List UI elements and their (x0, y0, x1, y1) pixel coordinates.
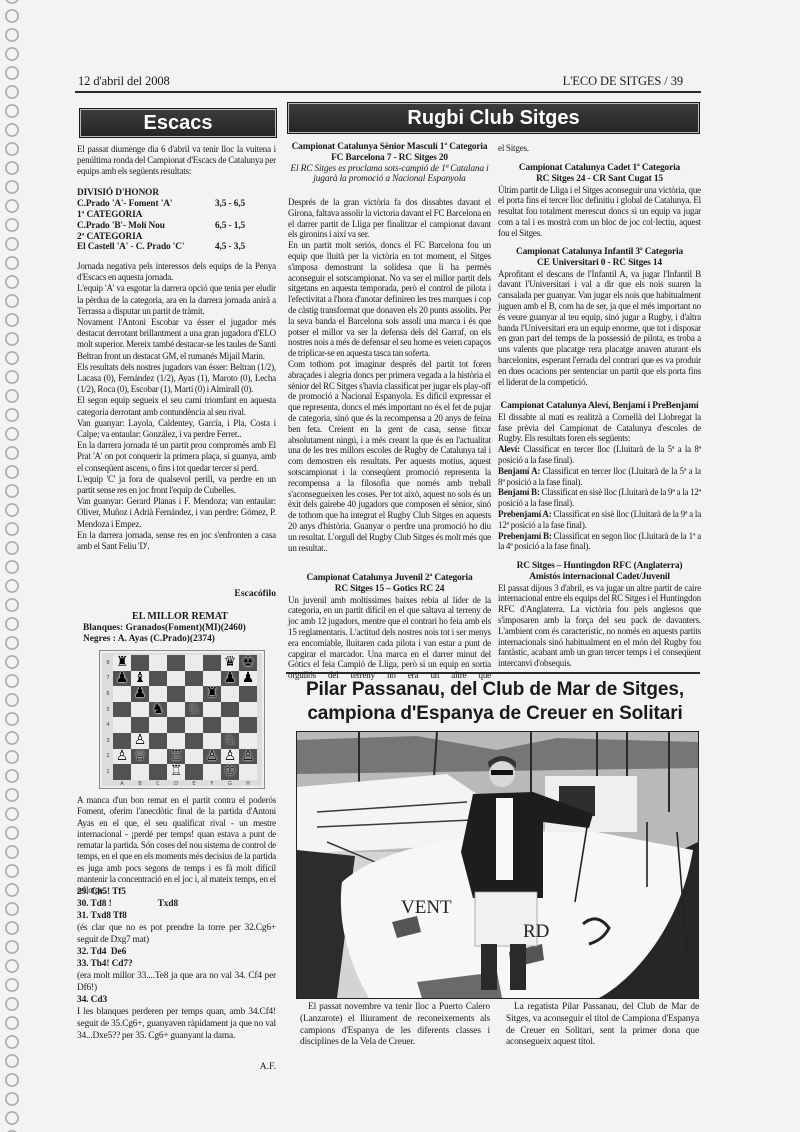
board-square (131, 717, 149, 733)
category-label: 2ª CATEGORIA (77, 232, 142, 242)
paragraph: Com tothom pot imaginar després del part… (288, 359, 491, 553)
team-label: Prebenjamí B: (498, 531, 552, 541)
board-square (221, 686, 239, 702)
rank-label: 6 (103, 686, 113, 702)
team-result: Classificat en tercer lloc (Lluitarà de … (498, 444, 701, 465)
board-square: ♟ (221, 671, 239, 687)
board-square: ♛ (221, 655, 239, 671)
match-score: FC Barcelona 7 - RC Sitges 20 (288, 153, 491, 164)
result-row: 2ª CATEGORIA (77, 232, 276, 243)
board-square (167, 686, 185, 702)
board-square: ♙ (131, 733, 149, 749)
white-player: Blanques: Granados(Foment)(MI)(2460) (83, 623, 246, 633)
board-square (149, 749, 167, 765)
result-item: Prebenjamí B: Classificat en segon lloc … (498, 531, 701, 553)
paragraph: Novament l'Antoni Escobar va ésser el ju… (77, 317, 276, 362)
board-square: ♝ (131, 671, 149, 687)
board-square (185, 671, 203, 687)
article-heading: RC Sitges – Huntingdon RFC (Anglaterra) (498, 561, 701, 572)
paragraph: Jornada negativa pels interessos dels eq… (77, 261, 276, 283)
paragraph: Van guanyar: Layola, Caldentey, García, … (77, 418, 276, 440)
article-heading: Campionat Catalunya Aleví, Benjamí i Pre… (498, 401, 701, 412)
black-player: Negres : A. Ayas (C.Prado)(2374) (83, 634, 215, 644)
move-line: 33. Th4! Cd7? (77, 958, 276, 970)
game-moves: 29. Ch5! Tf5 30. Td8 !Txd8 31. Txd8 Tf8 … (77, 886, 276, 1042)
file-label-spacer (103, 780, 113, 789)
board-square (185, 655, 203, 671)
move-line: 31. Txd8 Tf8 (77, 910, 276, 922)
section-divider (286, 672, 700, 674)
escacs-body: Jornada negativa pels interessos dels eq… (77, 261, 276, 552)
team-label: Aleví: (498, 444, 520, 454)
board-square (149, 717, 167, 733)
paragraph: Un juvenil amb moltíssimes baixes rebia … (288, 595, 491, 681)
board-square (167, 733, 185, 749)
board-square (131, 655, 149, 671)
board-square (113, 702, 131, 718)
chess-board: 8 ♜ ♛ ♚ 7 ♟ ♝ ♟ ♟ 6 ♟ ♜ (103, 655, 260, 795)
caption-left: El passat novembre va tenir lloc a Puert… (300, 1002, 490, 1049)
senior-body: Després de la gran victòria fa dos dissa… (288, 197, 491, 553)
move-line: 32. Td4 De6 (77, 946, 276, 958)
rank-label: 7 (103, 671, 113, 687)
rugbi-title: Rugbi Club Sitges (287, 102, 700, 134)
board-square (149, 764, 167, 780)
article-subtitle: El RC Sitges es proclama sots-campió de … (288, 164, 491, 186)
board-square (185, 717, 203, 733)
paragraph: A manca d'un bon remat en el partit cont… (77, 795, 276, 897)
rank-label: 2 (103, 749, 113, 765)
team-label: Prebenjamí A: (498, 509, 552, 519)
cadet-article: Campionat Catalunya Cadet 1ª Categoria R… (498, 163, 701, 239)
paragraph: Van guanyar: Gerard Planas i F. Mendoza;… (77, 496, 276, 530)
category-label: 1ª CATEGORIA (77, 210, 142, 220)
result-row: C.Prado 'B'- Molí Nou6,5 - 1,5 (77, 221, 276, 232)
paragraph: En un partit molt seriós, doncs el FC Ba… (288, 240, 491, 359)
senior-article: Campionat Catalunya Sènior Masculí 1ª Ca… (288, 142, 491, 185)
match-label: C.Prado 'A'- Foment 'A' (77, 199, 172, 209)
result-item: Benjamí A: Classificat en tercer lloc (L… (498, 466, 701, 488)
move-line: 30. Td8 !Txd8 (77, 898, 276, 910)
result-item: Prebenjamí A: Classificat en sisè lloc (… (498, 509, 701, 531)
rank-label: 8 (103, 655, 113, 671)
board-square (149, 733, 167, 749)
sailor-photo: VENT RD (296, 731, 699, 999)
board-square: ♙ (203, 749, 221, 765)
hull-text-right: RD (523, 921, 549, 942)
board-square (167, 702, 185, 718)
paragraph: El segon equip segueix el seu camí triom… (77, 395, 276, 417)
huntingdon-article: RC Sitges – Huntingdon RFC (Anglaterra) … (498, 561, 701, 669)
team-label: Benjamí B: (498, 487, 540, 497)
paragraph: En la darrera jornada, sense res en joc … (77, 530, 276, 552)
paragraph: El passat dijous 3 d'abril, es va jugar … (498, 583, 701, 669)
board-square: ♙ (113, 749, 131, 765)
board-square (113, 764, 131, 780)
board-square: ♘ (221, 733, 239, 749)
board-square (167, 655, 185, 671)
paragraph: L'equip 'C' ja fora de qualsevol perill,… (77, 474, 276, 496)
match-score: RC Sitges 15 – Gotics RC 24 (288, 584, 491, 595)
headline-line: Pilar Passanau, del Club de Mar de Sitge… (288, 678, 702, 702)
board-square (239, 686, 257, 702)
move-note: I les blanques perderen per temps quan, … (77, 1006, 276, 1042)
board-square (149, 686, 167, 702)
move-note: (és clar que no es pot prendre la torre … (77, 922, 276, 946)
board-square: ♙ (221, 749, 239, 765)
caption-right: La regatista Pilar Passanau, del Club de… (506, 1002, 699, 1049)
board-square (185, 686, 203, 702)
escacs-results: DIVISIÓ D'HONOR C.Prado 'A'- Foment 'A'3… (77, 188, 276, 253)
board-square: ♖ (167, 764, 185, 780)
photo-image: VENT RD (297, 732, 698, 998)
board-square (185, 749, 203, 765)
board-square: ♚ (239, 655, 257, 671)
juvenil-continued: el Sitges. (498, 143, 701, 154)
remat-title: EL MILLOR REMAT (77, 611, 283, 622)
result-row: C.Prado 'A'- Foment 'A'3,5 - 6,5 (77, 199, 276, 210)
board-square (131, 764, 149, 780)
move-note: (era molt millor 33....Te8 ja que ara no… (77, 970, 276, 994)
board-square: ♖ (167, 749, 185, 765)
match-label: El Castell 'A' - C. Prado 'C' (77, 242, 184, 252)
juvenil-article: Campionat Catalunya Juvenil 2ª Categoria… (288, 573, 491, 681)
match-score: RC Sitges 24 - CR Sant Cugat 15 (498, 174, 701, 185)
board-square (185, 764, 203, 780)
paragraph: Després de la gran victòria fa dos dissa… (288, 197, 491, 240)
rank-label: 5 (103, 702, 113, 718)
board-square (239, 764, 257, 780)
file-label: D (167, 780, 185, 789)
infantil-article: Campionat Catalunya Infantil 3ª Categori… (498, 247, 701, 387)
file-label: G (221, 780, 239, 789)
escacs-author: A.F. (77, 1061, 276, 1072)
move-line: 34. Cd3 (77, 994, 276, 1006)
issue-date: 12 d'abril del 2008 (78, 74, 170, 89)
board-square (239, 717, 257, 733)
board-square: ♜ (203, 686, 221, 702)
paragraph: El dissabte al matí es realitzà a Cornel… (498, 412, 701, 444)
article-heading: Campionat Catalunya Sènior Masculí 1ª Ca… (288, 142, 491, 153)
board-square (203, 733, 221, 749)
file-label: E (185, 780, 203, 789)
board-square (203, 764, 221, 780)
vela-headline: Pilar Passanau, del Club de Mar de Sitge… (288, 678, 702, 726)
category-label: DIVISIÓ D'HONOR (77, 188, 159, 198)
hull-text-left: VENT (401, 897, 452, 918)
board-square (149, 671, 167, 687)
board-square (203, 702, 221, 718)
move-line: 29. Ch5! Tf5 (77, 886, 276, 898)
score: 3,5 - 6,5 (215, 199, 245, 210)
board-square: ♟ (239, 671, 257, 687)
escacs-title: Escacs (79, 108, 277, 138)
board-square: ♜ (113, 655, 131, 671)
result-row: 1ª CATEGORIA (77, 210, 276, 221)
board-square (131, 702, 149, 718)
file-label: A (113, 780, 131, 789)
board-square (203, 655, 221, 671)
score: 4,5 - 3,5 (215, 242, 245, 253)
paragraph: L'equip 'A' va esgotar la darrera opció … (77, 283, 276, 317)
result-item: Aleví: Classificat en tercer lloc (Lluit… (498, 444, 701, 466)
paragraph: Els resultats dels nostres jugadors van … (77, 362, 276, 396)
article-subheading: Amistós internacional Cadet/Juvenil (498, 572, 701, 583)
chess-diagram: 8 ♜ ♛ ♚ 7 ♟ ♝ ♟ ♟ 6 ♟ ♜ (99, 650, 265, 789)
escacs-signature: Escacófilo (77, 588, 276, 599)
escoles-article: Campionat Catalunya Aleví, Benjamí i Pre… (498, 401, 701, 552)
board-square (113, 717, 131, 733)
board-square (149, 655, 167, 671)
black-move: Txd8 (158, 899, 178, 909)
rank-label: 1 (103, 764, 113, 780)
board-square: ♙ (239, 749, 257, 765)
board-square (113, 733, 131, 749)
board-square (113, 686, 131, 702)
board-square (185, 733, 203, 749)
white-move: 30. Td8 ! (77, 899, 112, 909)
paragraph: Últim partit de Lliga i el Sitges aconse… (498, 185, 701, 239)
intro-paragraph: El passat diumenge dia 6 d'abril va teni… (77, 144, 276, 178)
board-square (167, 717, 185, 733)
board-square: ♞ (149, 702, 167, 718)
headline-line: campiona d'Espanya de Creuer en Solitari (288, 702, 702, 726)
board-square (203, 671, 221, 687)
result-item: Benjamí B: Classificat en sisè lloc (Llu… (498, 487, 701, 509)
board-square: ♟ (113, 671, 131, 687)
article-heading: Campionat Catalunya Cadet 1ª Categoria (498, 163, 701, 174)
paragraph: Aprofitant el descans de l'Infantil A, v… (498, 269, 701, 388)
rank-label: 3 (103, 733, 113, 749)
header-rule (75, 91, 701, 93)
board-square (203, 717, 221, 733)
team-label: Benjamí A: (498, 466, 540, 476)
article-heading: Campionat Catalunya Juvenil 2ª Categoria (288, 573, 491, 584)
remat-commentary: A manca d'un bon remat en el partit cont… (77, 795, 276, 897)
file-label: F (203, 780, 221, 789)
board-square (239, 702, 257, 718)
file-label: B (131, 780, 149, 789)
file-label: C (149, 780, 167, 789)
result-row: DIVISIÓ D'HONOR (77, 188, 276, 199)
board-square (221, 717, 239, 733)
match-label: C.Prado 'B'- Molí Nou (77, 221, 165, 231)
match-score: CE Universitari 0 - RC Sitges 14 (498, 258, 701, 269)
spiral-binding-holes (0, 0, 26, 1132)
board-square (221, 702, 239, 718)
rank-label: 4 (103, 717, 113, 733)
board-square: ♘ (185, 702, 203, 718)
file-label: H (239, 780, 257, 789)
result-row: El Castell 'A' - C. Prado 'C'4,5 - 3,5 (77, 242, 276, 253)
escacs-intro: El passat diumenge dia 6 d'abril va teni… (77, 144, 276, 178)
paragraph: En la darrera jornada té un partit prou … (77, 440, 276, 474)
board-square: ♕ (131, 749, 149, 765)
board-square: ♟ (131, 686, 149, 702)
board-square: ♔ (221, 764, 239, 780)
publication-page-number: L'ECO DE SITGES / 39 (563, 74, 683, 89)
article-heading: Campionat Catalunya Infantil 3ª Categori… (498, 247, 701, 258)
score: 6,5 - 1,5 (215, 221, 245, 232)
board-square (239, 733, 257, 749)
board-square (167, 671, 185, 687)
